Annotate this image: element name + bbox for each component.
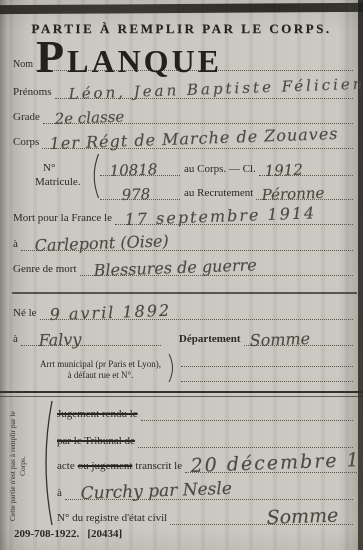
transcrit-prefix: acte (57, 460, 78, 473)
transcrit-value: 20 décembre 1919 (190, 448, 363, 477)
field-arrondissement: Arrt municipal (pr Paris et Lyon), à déf… (40, 352, 353, 383)
scan-edge-top (0, 3, 363, 14)
field-tribunal: par le Tribunal de (57, 430, 353, 448)
transcrit-suffix: transcrit le (135, 460, 185, 473)
grade-value: 2e classe (54, 108, 124, 128)
corps-label: Corps (13, 136, 42, 149)
side-note: Cette partie n'est pas à remplir par le … (8, 411, 28, 521)
matricule-label: N° Matricule. (35, 152, 89, 200)
departement-label: Département (161, 333, 244, 346)
mort-le-label: Mort pour la France le (13, 212, 115, 225)
mort-le-value: 17 septembre 1914 (124, 203, 316, 229)
field-registre: N° du registre d'état civil Somme (57, 506, 353, 525)
grade-dotted-line: 2e classe (43, 106, 353, 124)
print-reference-code: 209-708-1922. [20434] (14, 528, 122, 540)
arrondissement-line-2 (181, 366, 353, 382)
departement-value: Somme (249, 329, 310, 350)
section-divider-double (0, 391, 363, 397)
section-divider (12, 292, 357, 294)
field-corps: Corps 1er Régt de Marche de Zouaves (13, 132, 353, 149)
transcrit-dotted-line: 20 décembre 1919 (185, 453, 359, 473)
field-genre-mort: Genre de mort Blessures de guerre (13, 257, 353, 276)
jugement-rendu-dotted-line (141, 402, 353, 421)
field-ne-le: Né le 9 avril 1892 (13, 301, 353, 320)
field-matricule: N° Matricule. 10818 au Corps. — Cl. 1912… (35, 152, 353, 200)
matricule-corps-row: 10818 au Corps. — Cl. 1912 (100, 152, 353, 176)
field-mort-le: Mort pour la France le 17 septembre 1914 (13, 206, 353, 225)
matricule-recrutement-row: 978 au Recrutement Péronne (100, 176, 353, 200)
matricule-recrutement-label: au Recrutement (180, 187, 256, 200)
jugement-brace (40, 400, 54, 526)
matricule-recrutement-number: 978 (121, 185, 150, 204)
arrondissement-line-1 (181, 351, 353, 367)
matricule-corps-label: au Corps. — Cl. (180, 163, 259, 176)
arrondissement-lines (181, 352, 353, 383)
mort-a-dotted-line: Carlepont (Oise) (21, 231, 353, 251)
field-grade: Grade 2e classe (13, 107, 353, 124)
genre-mort-label: Genre de mort (13, 263, 80, 276)
jugement-rendu-label: Jugement rendu le (57, 408, 141, 421)
ne-a-value: Falvy (38, 330, 81, 350)
genre-mort-dotted-line: Blessures de guerre (80, 256, 353, 276)
nom-dotted-line: PLANQUE (36, 39, 353, 71)
nom-label: Nom (13, 59, 36, 71)
arrondissement-brace (168, 353, 177, 383)
ne-le-value: 9 avril 1892 (49, 301, 171, 324)
classe-line: 1912 (259, 151, 353, 176)
matricule-recrutement-line: 978 (100, 175, 180, 200)
corps-dotted-line: 1er Régt de Marche de Zouaves (42, 131, 353, 149)
corps-value: 1er Régt de Marche de Zouaves (50, 124, 339, 153)
ne-le-label: Né le (13, 307, 40, 320)
departement-dotted-line: Somme (244, 326, 353, 346)
nom-value: PLANQUE (36, 36, 222, 77)
matricule-brace (89, 153, 100, 199)
ne-le-dotted-line: 9 avril 1892 (40, 300, 353, 320)
military-death-record-form: PARTIE À REMPLIR PAR LE CORPS. Nom PLANQ… (0, 0, 363, 550)
matricule-lines: 10818 au Corps. — Cl. 1912 978 au Recrut… (100, 152, 353, 200)
mort-a-value: Carlepont (Oise) (34, 231, 169, 255)
prenoms-dotted-line: Léon, Jean Baptiste Félicien (55, 81, 354, 99)
field-mort-a: à Carlepont (Oise) (13, 232, 353, 251)
transcrit-lieu-label: à (57, 487, 65, 500)
recrutement-place-value: Péronne (262, 184, 325, 204)
registre-dotted-line: Somme (170, 505, 353, 525)
mort-le-dotted-line: 17 septembre 1914 (115, 205, 353, 225)
tribunal-dotted-line (138, 429, 353, 448)
registre-value: Somme (266, 505, 338, 529)
field-prenoms: Prénoms Léon, Jean Baptiste Félicien (13, 82, 353, 99)
matricule-corps-line: 10818 (100, 151, 180, 176)
scan-edge-left (0, 0, 8, 550)
field-transcrit: acte ou jugement transcrit le 20 décembr… (57, 454, 359, 473)
ne-a-dotted-line: Falvy (21, 326, 161, 346)
grade-label: Grade (13, 111, 43, 124)
recrutement-place-line: Péronne (256, 175, 353, 200)
prenoms-label: Prénoms (13, 86, 55, 99)
transcrit-struck: ou jugement (78, 460, 136, 473)
transcrit-lieu-dotted-line: Curchy par Nesle (65, 480, 353, 500)
field-transcrit-lieu: à Curchy par Nesle (57, 481, 353, 500)
field-ne-a: à Falvy Département Somme (13, 327, 353, 346)
tribunal-label: par le Tribunal de (57, 435, 138, 448)
registre-label: N° du registre d'état civil (57, 512, 170, 525)
transcrit-lieu-value: Curchy par Nesle (80, 479, 232, 504)
field-nom: Nom PLANQUE (13, 40, 353, 71)
mort-a-label: à (13, 238, 21, 251)
genre-mort-value: Blessures de guerre (93, 255, 257, 280)
field-jugement-rendu: Jugement rendu le (57, 403, 353, 421)
ne-a-label: à (13, 333, 21, 346)
arrondissement-label: Arrt municipal (pr Paris et Lyon), à déf… (40, 352, 164, 383)
